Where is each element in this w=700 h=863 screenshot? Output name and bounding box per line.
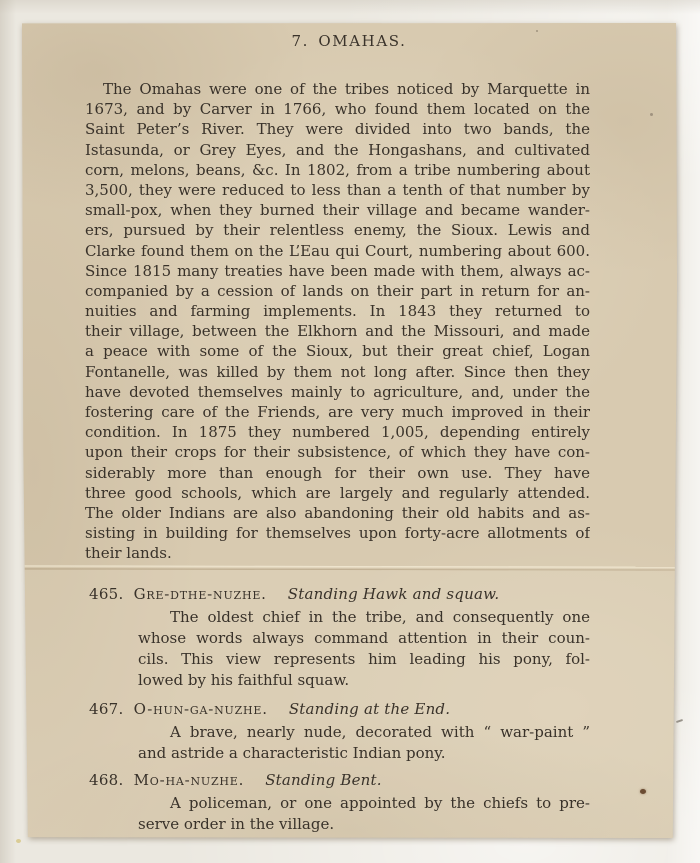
description-line: lowed by his faithful squaw.	[138, 670, 590, 691]
description-line: and astride a characteristic Indian pony…	[138, 743, 590, 764]
entry-title: Standing Hawk and squaw.	[288, 585, 500, 603]
paragraph-line: Saint Peter’s River. They were divided i…	[85, 119, 590, 139]
paragraph-line: a peace with some of the Sioux, but thei…	[85, 341, 590, 361]
section-heading: 7. OMAHAS.	[21, 32, 677, 50]
entry-number: 467.	[89, 700, 124, 718]
paragraph-line: nuities and farming implements. In 1843 …	[85, 301, 590, 321]
paragraph-line: condition. In 1875 they numbered 1,005, …	[85, 422, 590, 442]
paragraph-line: Clarke found them on the L’Eau qui Court…	[85, 241, 590, 261]
entry-title: Standing Bent.	[265, 771, 382, 789]
entry-name: Gre-dthe-nuzhe.	[134, 585, 267, 603]
paragraph-line: their village, between the Elkhorn and t…	[85, 321, 590, 341]
paragraph-line: upon their crops for their subsistence, …	[85, 442, 590, 462]
backing-paper: 7. OMAHAS. The Omahas were one of the tr…	[0, 0, 700, 863]
entry-name: Mo-ha-nuzhe.	[134, 771, 245, 789]
entry-number: 465.	[89, 585, 124, 603]
entry-description: A brave, nearly nude, decorated with “ w…	[138, 722, 590, 764]
stain-spot	[16, 839, 21, 843]
paragraph-line: Fontanelle, was killed by them not long …	[85, 362, 590, 382]
entry-heading: 465.Gre-dthe-nuzhe.Standing Hawk and squ…	[89, 583, 590, 605]
entry-title: Standing at the End.	[289, 700, 450, 718]
entry-description: The oldest chief in the tribe, and conse…	[138, 607, 590, 691]
entry-number: 468.	[89, 771, 124, 789]
paragraph-line: The older Indians are also abandoning th…	[85, 503, 590, 523]
ink-blot-speck	[640, 789, 646, 794]
entry-description: A policeman, or one appointed by the chi…	[138, 793, 590, 835]
paper-speck	[536, 30, 538, 32]
intro-paragraph: The Omahas were one of the tribes notice…	[85, 79, 590, 564]
catalog-entry-465: 465.Gre-dthe-nuzhe.Standing Hawk and squ…	[89, 583, 590, 691]
newspaper-clipping: 7. OMAHAS. The Omahas were one of the tr…	[21, 23, 677, 838]
description-line: The oldest chief in the tribe, and conse…	[138, 607, 590, 628]
paragraph-line: three good schools, which are largely an…	[85, 483, 590, 503]
paragraph-line: have devoted themselves mainly to agricu…	[85, 382, 590, 402]
entry-name: O-hun-ga-nuzhe.	[134, 700, 268, 718]
description-line: A policeman, or one appointed by the chi…	[138, 793, 590, 814]
description-line: A brave, nearly nude, decorated with “ w…	[138, 722, 590, 743]
pencil-dash-mark	[676, 719, 683, 723]
paragraph-line: small-pox, when they burned their villag…	[85, 200, 590, 220]
paragraph-line: Since 1815 many treaties have been made …	[85, 261, 590, 281]
entry-heading: 468.Mo-ha-nuzhe.Standing Bent.	[89, 769, 590, 791]
paragraph-line: Istasunda, or Grey Eyes, and the Hongash…	[85, 140, 590, 160]
paragraph-line: corn, melons, beans, &c. In 1802, from a…	[85, 160, 590, 180]
catalog-entry-467: 467.O-hun-ga-nuzhe.Standing at the End. …	[89, 698, 590, 764]
paper-seam	[21, 565, 677, 570]
paragraph-line: their lands.	[85, 543, 590, 563]
paragraph-line: companied by a cession of lands on their…	[85, 281, 590, 301]
catalog-entry-468: 468.Mo-ha-nuzhe.Standing Bent. A policem…	[89, 769, 590, 835]
paper-fleck	[650, 113, 653, 116]
paragraph-line: siderably more than enough for their own…	[85, 463, 590, 483]
paragraph-line: ers, pursued by their relentless enemy, …	[85, 220, 590, 240]
clipping-shadow-wrap: 7. OMAHAS. The Omahas were one of the tr…	[21, 23, 677, 838]
paragraph-line: 1673, and by Carver in 1766, who found t…	[85, 99, 590, 119]
paragraph-line: sisting in building for themselves upon …	[85, 523, 590, 543]
paragraph-line: fostering care of the Friends, are very …	[85, 402, 590, 422]
paragraph-line: 3,500, they were reduced to less than a …	[85, 180, 590, 200]
description-line: cils. This view represents him leading h…	[138, 649, 590, 670]
description-line: whose words always command attention in …	[138, 628, 590, 649]
paragraph-line: The Omahas were one of the tribes notice…	[85, 79, 590, 99]
description-line: serve order in the village.	[138, 814, 590, 835]
entry-heading: 467.O-hun-ga-nuzhe.Standing at the End.	[89, 698, 590, 720]
